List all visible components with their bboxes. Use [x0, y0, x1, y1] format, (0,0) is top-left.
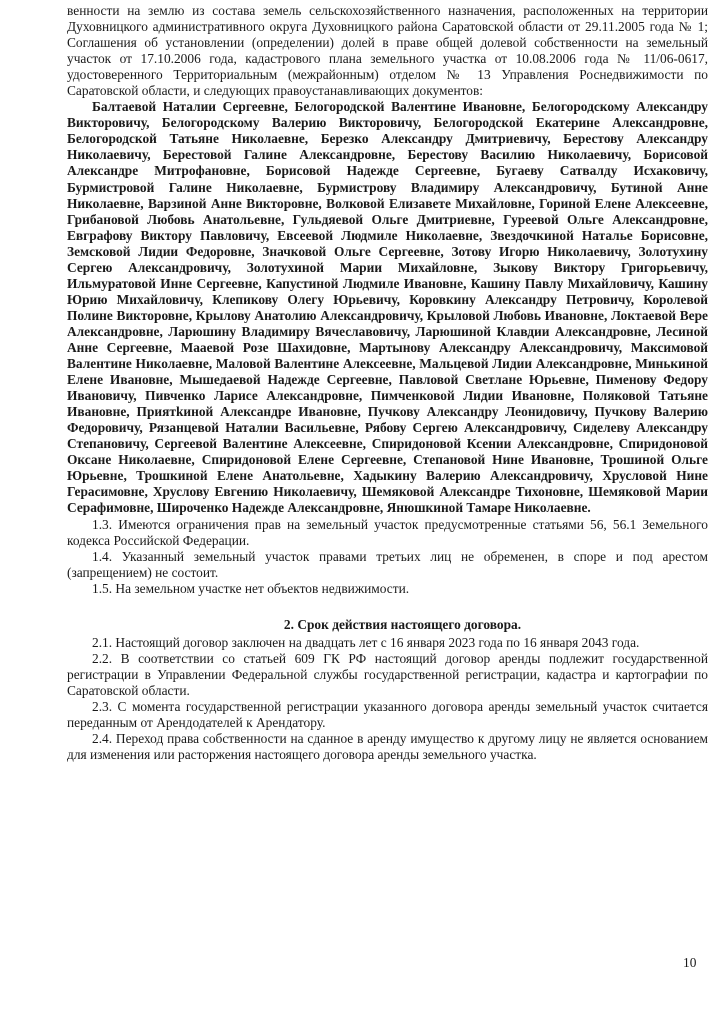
section-2-heading: 2. Срок действия настоящего договора. — [67, 617, 708, 633]
clause-2-1: 2.1. Настоящий договор заключен на двадц… — [67, 635, 708, 651]
lessors-names-paragraph: Балтаевой Наталии Сергеевне, Белогородск… — [67, 99, 708, 516]
intro-paragraph: венности на землю из состава земель сель… — [67, 3, 708, 99]
clause-2-4: 2.4. Переход права собственности на сдан… — [67, 731, 708, 763]
clause-1-4: 1.4. Указанный земельный участок правами… — [67, 549, 708, 581]
page-number: 10 — [683, 955, 696, 971]
clause-1-3: 1.3. Имеются ограничения прав на земельн… — [67, 517, 708, 549]
clause-1-5: 1.5. На земельном участке нет объектов н… — [67, 581, 708, 597]
clause-2-2: 2.2. В соответствии со статьей 609 ГК РФ… — [67, 651, 708, 699]
clause-2-3: 2.3. С момента государственной регистрац… — [67, 699, 708, 731]
document-page: венности на землю из состава земель сель… — [67, 3, 708, 763]
